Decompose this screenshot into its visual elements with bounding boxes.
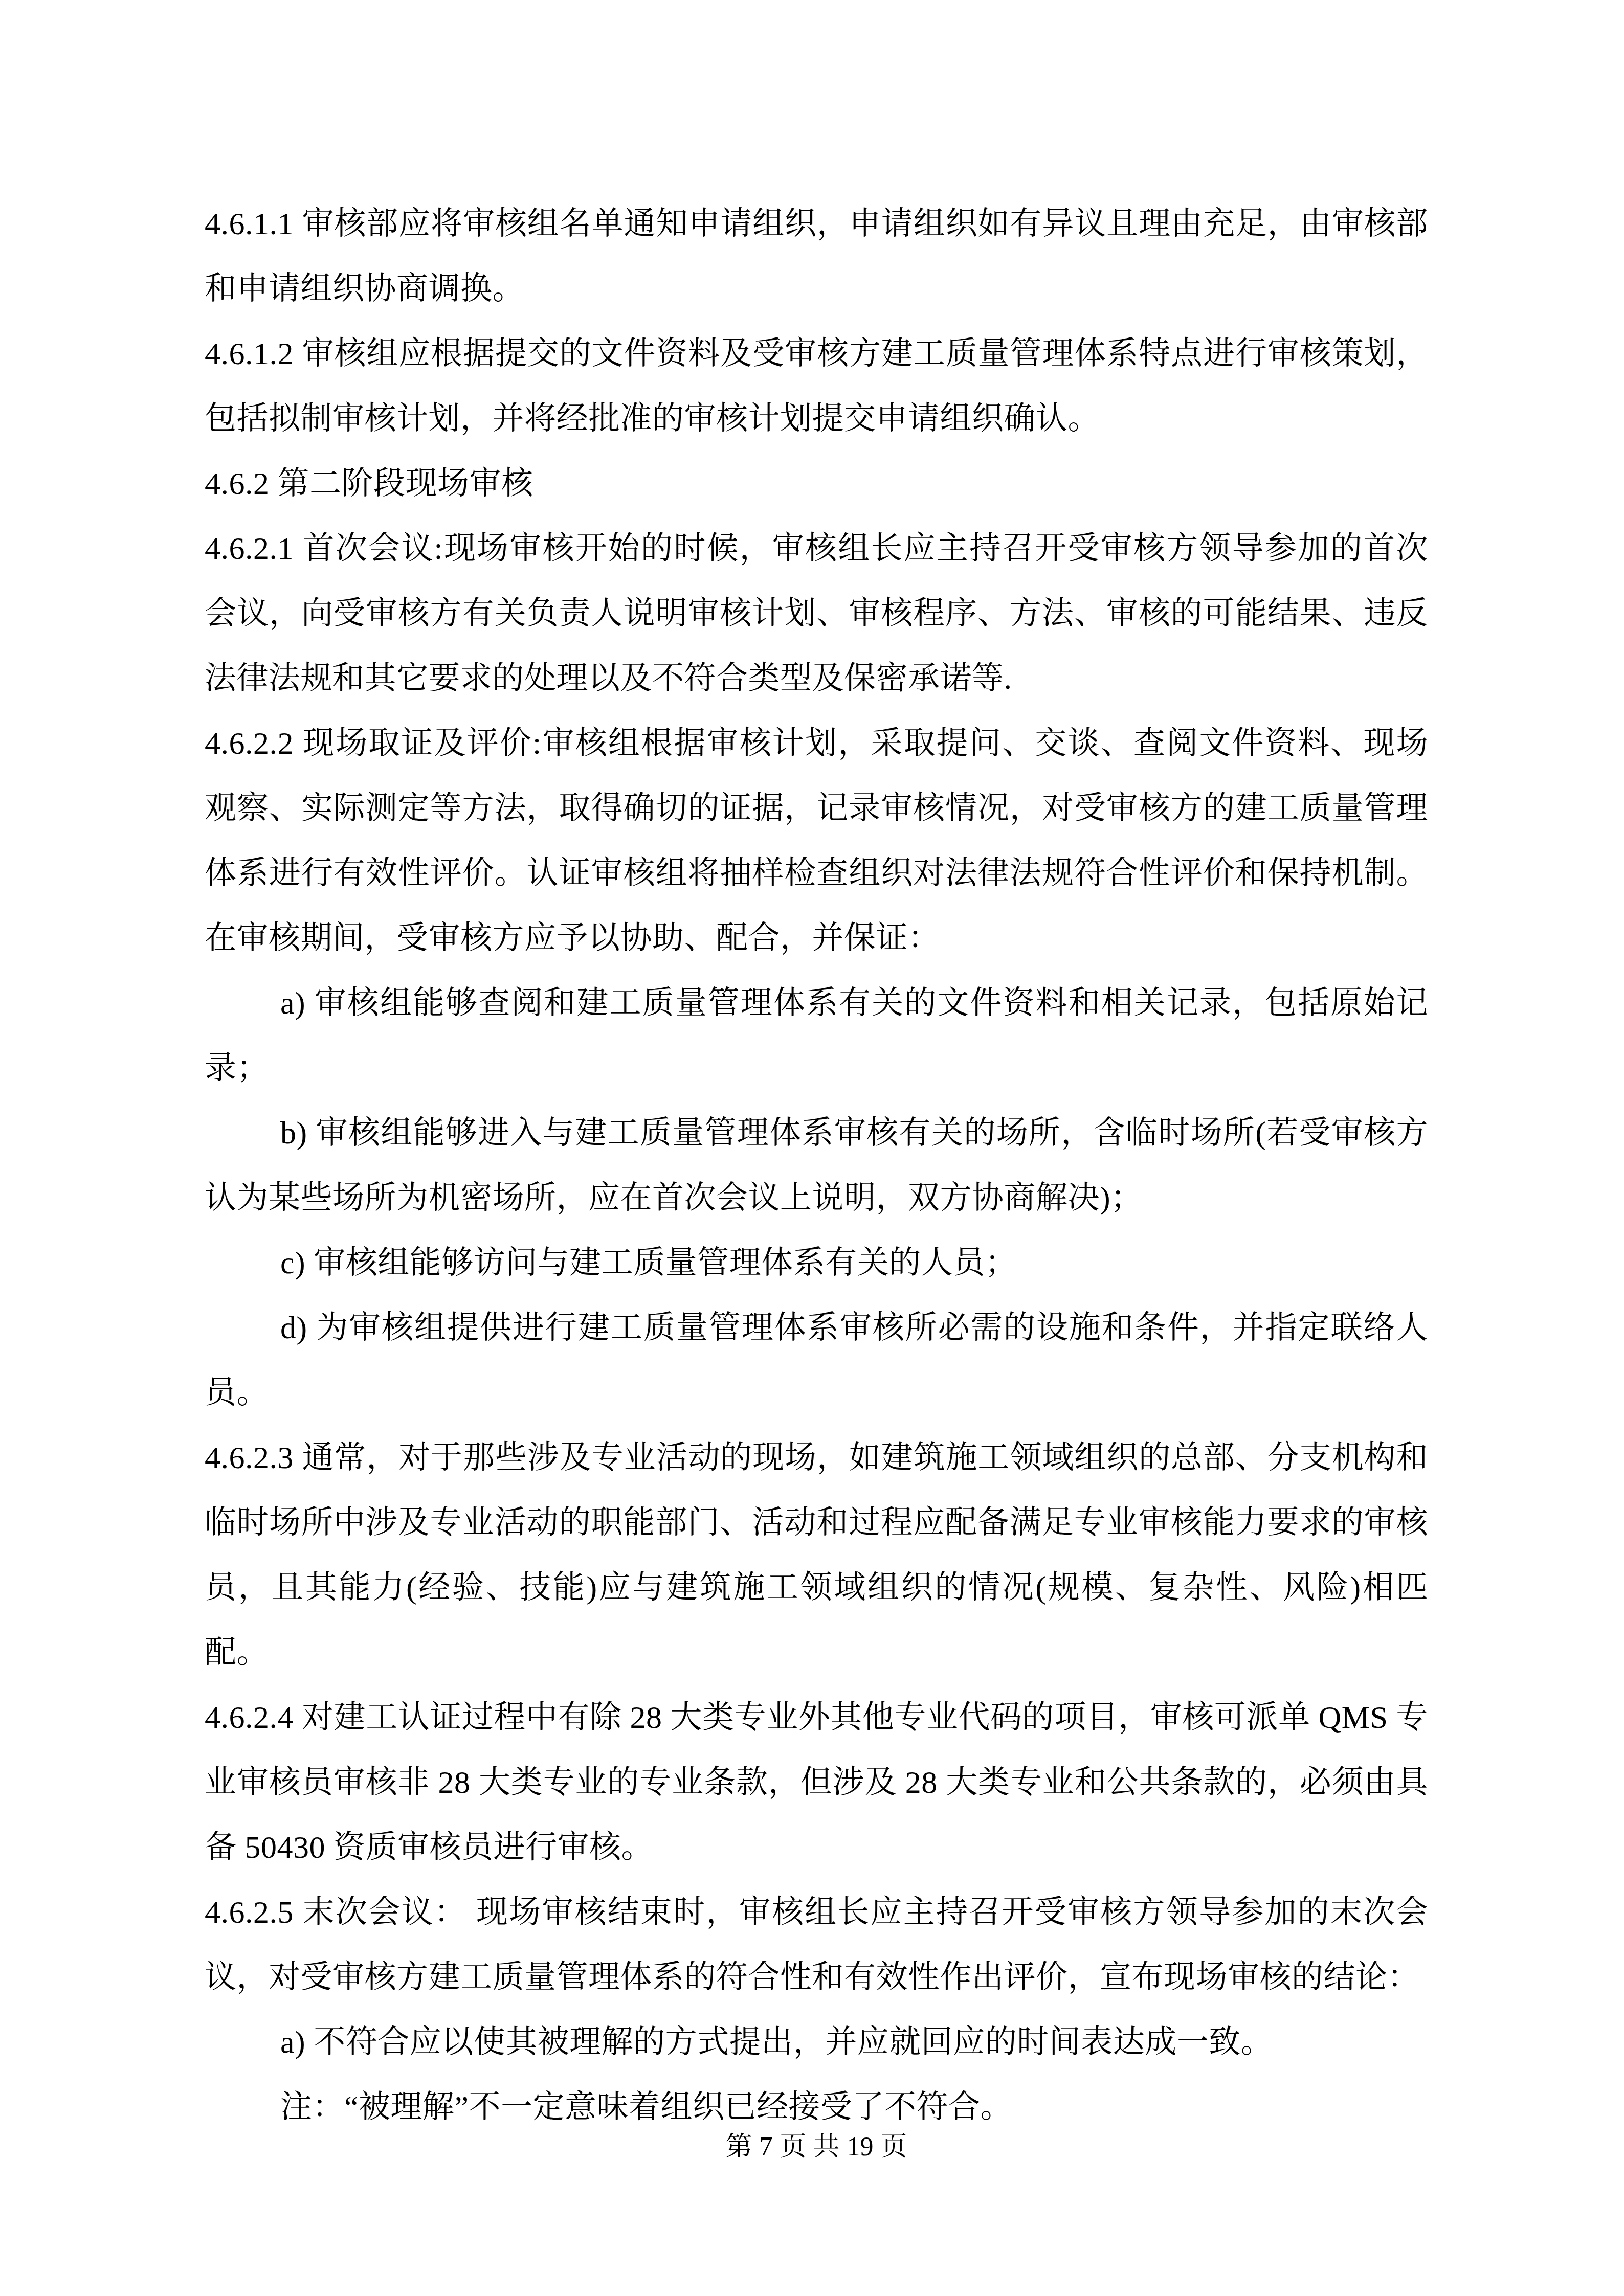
page-footer: 第7页 共19页 <box>205 2131 1428 2163</box>
paragraph-4-6-2-4: 4.6.2.4 对建工认证过程中有除 28 大类专业外其他专业代码的项目，审核可… <box>205 1685 1428 1880</box>
heading-4-6-2: 4.6.2 第二阶段现场审核 <box>205 452 1428 516</box>
note-line: 注：“被理解”不一定意味着组织已经接受了不符合。 <box>205 2075 1428 2140</box>
paragraph-4-6-2-2: 4.6.2.2 现场取证及评价:审核组根据审核计划，采取提问、交谈、查阅文件资料… <box>205 711 1428 971</box>
list-item-d: d) 为审核组提供进行建工质量管理体系审核所必需的设施和条件，并指定联络人员。 <box>205 1296 1428 1426</box>
paragraph-4-6-1-2: 4.6.1.2 审核组应根据提交的文件资料及受审核方建工质量管理体系特点进行审核… <box>205 322 1428 452</box>
paragraph-4-6-2-5: 4.6.2.5 末次会议： 现场审核结束时，审核组长应主持召开受审核方领导参加的… <box>205 1880 1428 2010</box>
footer-suffix-label: 页 <box>881 2131 907 2163</box>
list-item-a: a) 审核组能够查阅和建工质量管理体系有关的文件资料和相关记录，包括原始记录； <box>205 971 1428 1101</box>
paragraph-4-6-1-1: 4.6.1.1 审核部应将审核组名单通知申请组织，申请组织如有异议且理由充足，由… <box>205 192 1428 322</box>
list-item-c: c) 审核组能够访问与建工质量管理体系有关的人员； <box>205 1231 1428 1296</box>
paragraph-4-6-2-3: 4.6.2.3 通常，对于那些涉及专业活动的现场，如建筑施工领域组织的总部、分支… <box>205 1426 1428 1685</box>
footer-current-page: 7 <box>759 2131 772 2163</box>
footer-prefix-label: 第 <box>725 2131 752 2163</box>
footer-middle-label: 页 共 <box>780 2131 839 2163</box>
document-page: 4.6.1.1 审核部应将审核组名单通知申请组织，申请组织如有异议且理由充足，由… <box>0 0 1624 2296</box>
footer-total-pages: 19 <box>847 2131 874 2163</box>
document-body: 4.6.1.1 审核部应将审核组名单通知申请组织，申请组织如有异议且理由充足，由… <box>205 192 1428 2140</box>
list-item-a-conclusion: a) 不符合应以使其被理解的方式提出，并应就回应的时间表达成一致。 <box>205 2010 1428 2075</box>
list-item-b: b) 审核组能够进入与建工质量管理体系审核有关的场所，含临时场所(若受审核方认为… <box>205 1101 1428 1231</box>
paragraph-4-6-2-1: 4.6.2.1 首次会议:现场审核开始的时候，审核组长应主持召开受审核方领导参加… <box>205 516 1428 711</box>
